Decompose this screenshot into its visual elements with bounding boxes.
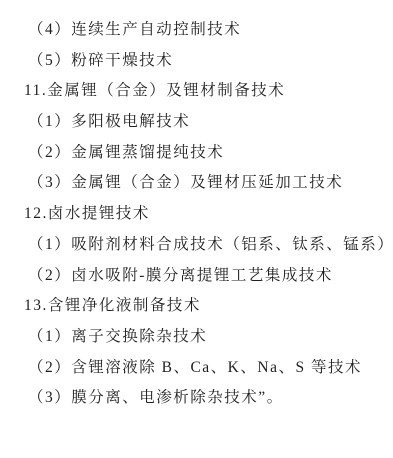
document-line: （1）多阳极电解技术 <box>0 107 393 138</box>
document-line: 12.卤水提锂技术 <box>0 199 393 230</box>
document-line: （5）粉碎干燥技术 <box>0 46 393 77</box>
document-line: （3）金属锂（合金）及锂材压延加工技术 <box>0 168 393 199</box>
document-line: （4）连续生产自动控制技术 <box>0 15 393 46</box>
document-text-block: （4）连续生产自动控制技术（5）粉碎干燥技术11.金属锂（合金）及锂材制备技术（… <box>0 0 393 414</box>
document-page: （4）连续生产自动控制技术（5）粉碎干燥技术11.金属锂（合金）及锂材制备技术（… <box>0 0 393 458</box>
document-line: 13.含锂净化液制备技术 <box>0 291 393 322</box>
document-line: （2）含锂溶液除 B、Ca、K、Na、S 等技术 <box>0 353 393 384</box>
document-line: （1）离子交换除杂技术 <box>0 322 393 353</box>
document-line: 11.金属锂（合金）及锂材制备技术 <box>0 76 393 107</box>
document-line: （2）卤水吸附-膜分离提锂工艺集成技术 <box>0 261 393 292</box>
document-line: （1）吸附剂材料合成技术（铝系、钛系、锰系） <box>0 230 393 261</box>
document-line: （2）金属锂蒸馏提纯技术 <box>0 138 393 169</box>
document-line: （3）膜分离、电渗析除杂技术”。 <box>0 383 393 414</box>
